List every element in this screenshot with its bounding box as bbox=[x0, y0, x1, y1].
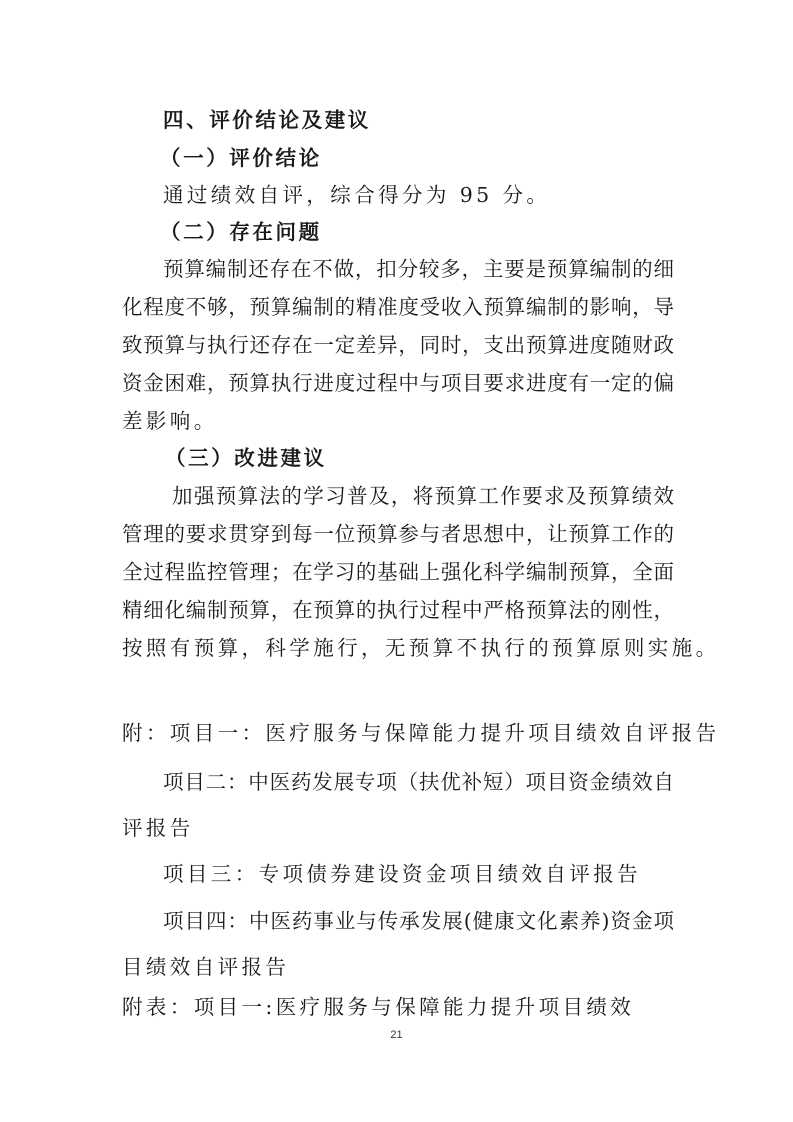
attachment-item: 目绩效自评报告 bbox=[122, 955, 289, 979]
attachment-item: 项目二：中医药发展专项（扶优补短）项目资金绩效自 bbox=[163, 770, 674, 794]
page-number: 21 bbox=[0, 1029, 793, 1041]
suggestions-line: 加强预算法的学习普及，将预算工作要求及预算绩效 bbox=[172, 484, 674, 508]
suggestions-line: 全过程监控管理；在学习的基础上强化科学编制预算，全面 bbox=[122, 560, 674, 584]
attachment-item: 附：项目一：医疗服务与保障能力提升项目绩效自评报告 bbox=[122, 721, 720, 745]
conclusion-text: 通过绩效自评，综合得分为 95 分。 bbox=[163, 183, 550, 207]
problems-line: 差影响。 bbox=[122, 409, 218, 433]
suggestions-line: 按照有预算，科学施行，无预算不执行的预算原则实施。 bbox=[122, 636, 720, 660]
attachment-item: 项目四：中医药事业与传承发展(健康文化素养)资金项 bbox=[163, 909, 674, 933]
section-heading: 四、评价结论及建议 bbox=[163, 108, 371, 132]
problems-line: 致预算与执行还存在一定差异，同时，支出预算进度随财政 bbox=[122, 333, 674, 357]
subsection-heading-conclusion: （一）评价结论 bbox=[160, 146, 322, 170]
subsection-heading-suggestions: （三）改进建议 bbox=[165, 446, 327, 470]
attachment-item: 评报告 bbox=[122, 816, 194, 840]
problems-line: 预算编制还存在不做，扣分较多，主要是预算编制的细 bbox=[163, 257, 674, 281]
problems-line: 化程度不够，预算编制的精准度受收入预算编制的影响，导 bbox=[122, 295, 674, 319]
subsection-heading-problems: （二）存在问题 bbox=[160, 220, 322, 244]
suggestions-line: 管理的要求贯穿到每一位预算参与者思想中，让预算工作的 bbox=[122, 522, 674, 546]
attachment-item: 项目三：专项债券建设资金项目绩效自评报告 bbox=[163, 862, 641, 886]
problems-line: 资金困难，预算执行进度过程中与项目要求进度有一定的偏 bbox=[122, 371, 674, 395]
suggestions-line: 精细化编制预算，在预算的执行过程中严格预算法的刚性， bbox=[122, 598, 674, 622]
attachment-item: 附表：项目一:医疗服务与保障能力提升项目绩效 bbox=[122, 995, 634, 1019]
